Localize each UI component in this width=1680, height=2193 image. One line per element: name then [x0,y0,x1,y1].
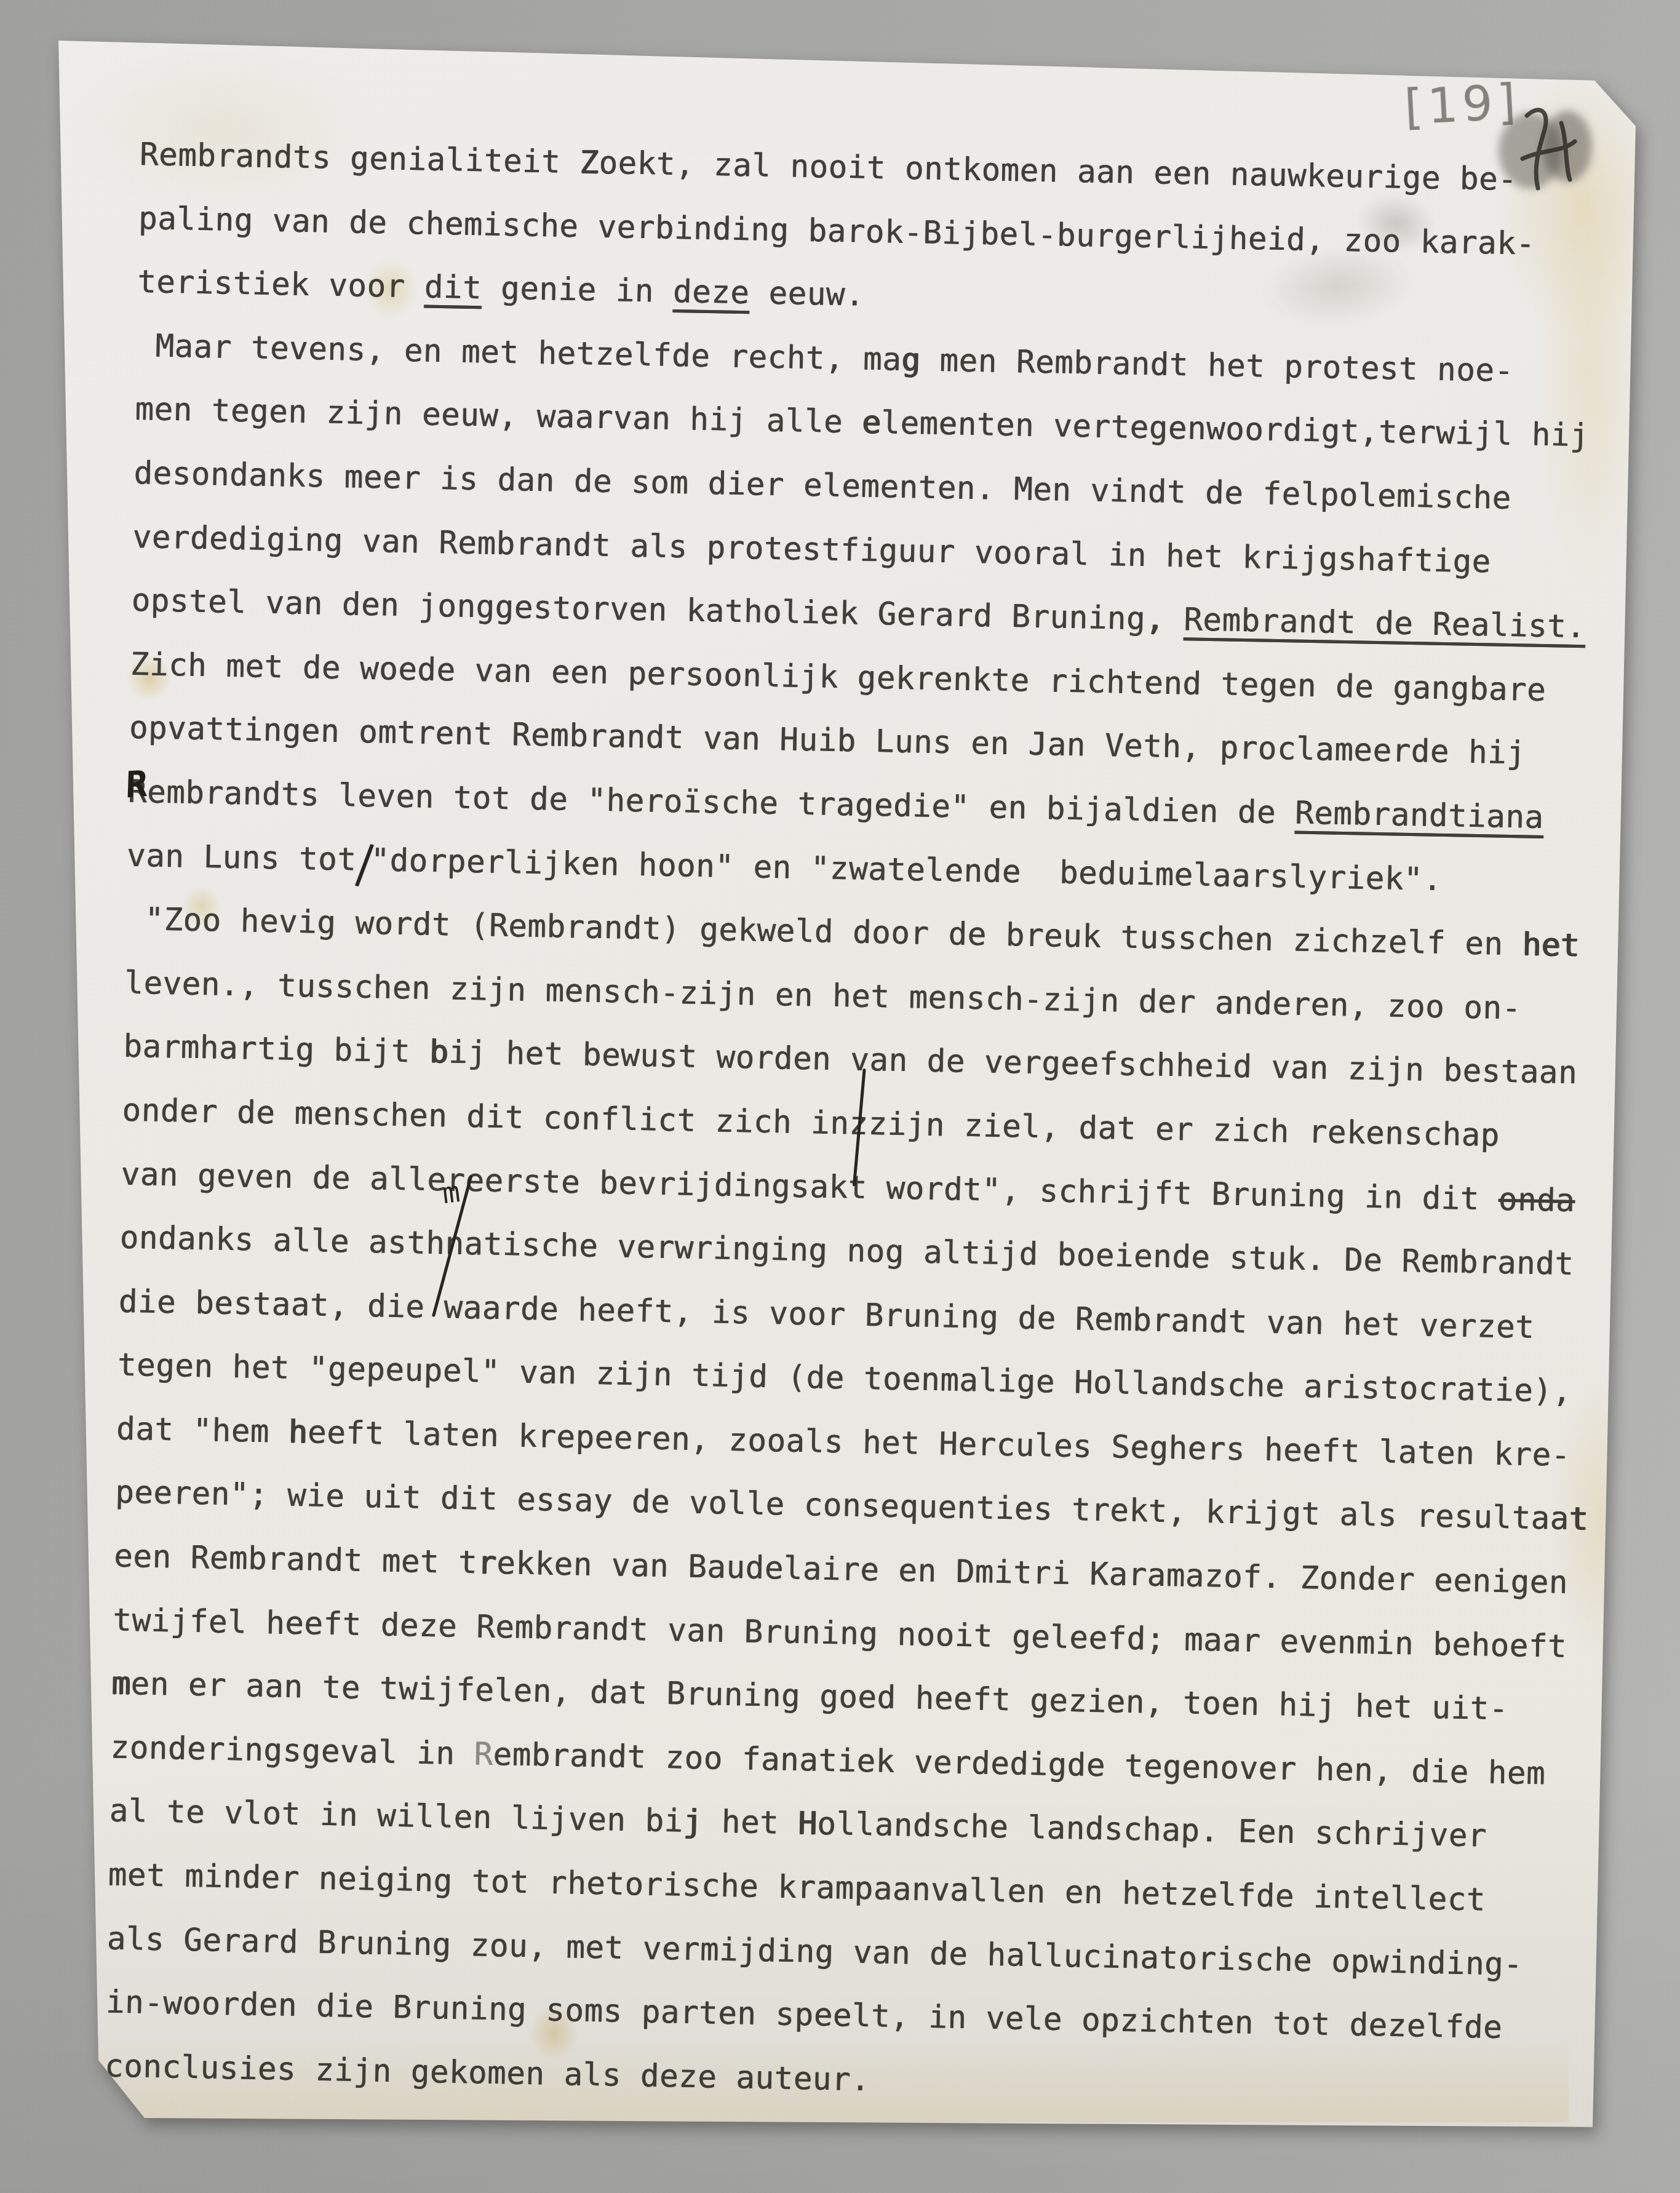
paper-sheet: [19] Rembrandts genialiteit Zoekt, zal n… [0,0,1680,2193]
typewritten-text: Rembrandts genialiteit Zoekt, zal nooit … [104,123,1641,2126]
document-scan: [19] Rembrandts genialiteit Zoekt, zal n… [0,0,1680,2193]
paper-shadow: [19] Rembrandts genialiteit Zoekt, zal n… [0,0,1680,2193]
